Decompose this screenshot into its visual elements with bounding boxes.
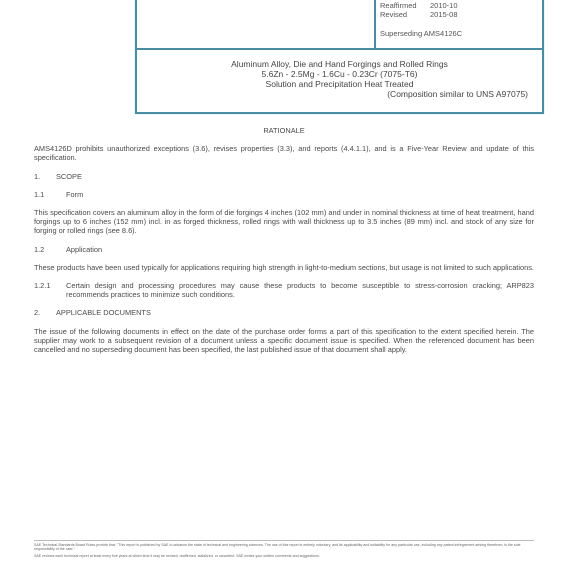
- revised-label: Revised: [380, 10, 430, 19]
- section-title: APPLICABLE DOCUMENTS: [56, 308, 151, 317]
- reaffirmed-date: 2010-10: [430, 1, 458, 10]
- section-number: 1.2.1: [34, 281, 66, 299]
- section-form-heading: 1.1 Form: [34, 190, 534, 199]
- document-body: RATIONALE AMS4126D prohibits unauthorize…: [34, 126, 534, 363]
- section-number: 1.: [34, 172, 56, 181]
- section-application-heading: 1.2 Application: [34, 245, 534, 254]
- rationale-text: AMS4126D prohibits unauthorized exceptio…: [34, 144, 534, 162]
- section-number: 2.: [34, 308, 56, 317]
- document-title: Aluminum Alloy, Die and Hand Forgings an…: [137, 50, 542, 112]
- section-1-2-1: 1.2.1 Certain design and processing proc…: [34, 281, 534, 299]
- section-applicable-documents-heading: 2. APPLICABLE DOCUMENTS: [34, 308, 534, 317]
- title-line-1: Aluminum Alloy, Die and Hand Forgings an…: [137, 59, 542, 69]
- form-text: This specification covers an aluminum al…: [34, 208, 534, 236]
- applicable-documents-text: The issue of the following documents in …: [34, 327, 534, 355]
- section-title: Form: [66, 190, 83, 199]
- footer-line-2: SAE reviews each technical report at lea…: [34, 554, 534, 558]
- section-title: Application: [66, 245, 102, 254]
- revision-info: Reaffirmed 2010-10 Revised 2015-08 Super…: [374, 0, 542, 48]
- application-text: These products have been used typically …: [34, 263, 534, 272]
- header-top-row: Reaffirmed 2010-10 Revised 2015-08 Super…: [137, 0, 542, 50]
- section-number: 1.1: [34, 190, 66, 199]
- composition-note: (Composition similar to UNS A97075): [137, 89, 542, 99]
- superseding-note: Superseding AMS4126C: [380, 29, 542, 38]
- revised-row: Revised 2015-08: [380, 10, 542, 19]
- section-title: SCOPE: [56, 172, 82, 181]
- revised-date: 2015-08: [430, 10, 458, 19]
- title-line-2: 5.6Zn - 2.5Mg - 1.6Cu - 0.23Cr (7075-T6): [137, 69, 542, 79]
- document-header-box: Reaffirmed 2010-10 Revised 2015-08 Super…: [135, 0, 544, 114]
- rationale-heading: RATIONALE: [34, 126, 534, 135]
- section-text: Certain design and processing procedures…: [66, 281, 534, 299]
- section-number: 1.2: [34, 245, 66, 254]
- reaffirmed-row: Reaffirmed 2010-10: [380, 1, 542, 10]
- section-scope-heading: 1. SCOPE: [34, 172, 534, 181]
- footer-notice: SAE Technical Standards Board Rules prov…: [34, 540, 534, 558]
- footer-line-1: SAE Technical Standards Board Rules prov…: [34, 543, 534, 552]
- reaffirmed-label: Reaffirmed: [380, 1, 430, 10]
- title-line-3: Solution and Precipitation Heat Treated: [137, 79, 542, 89]
